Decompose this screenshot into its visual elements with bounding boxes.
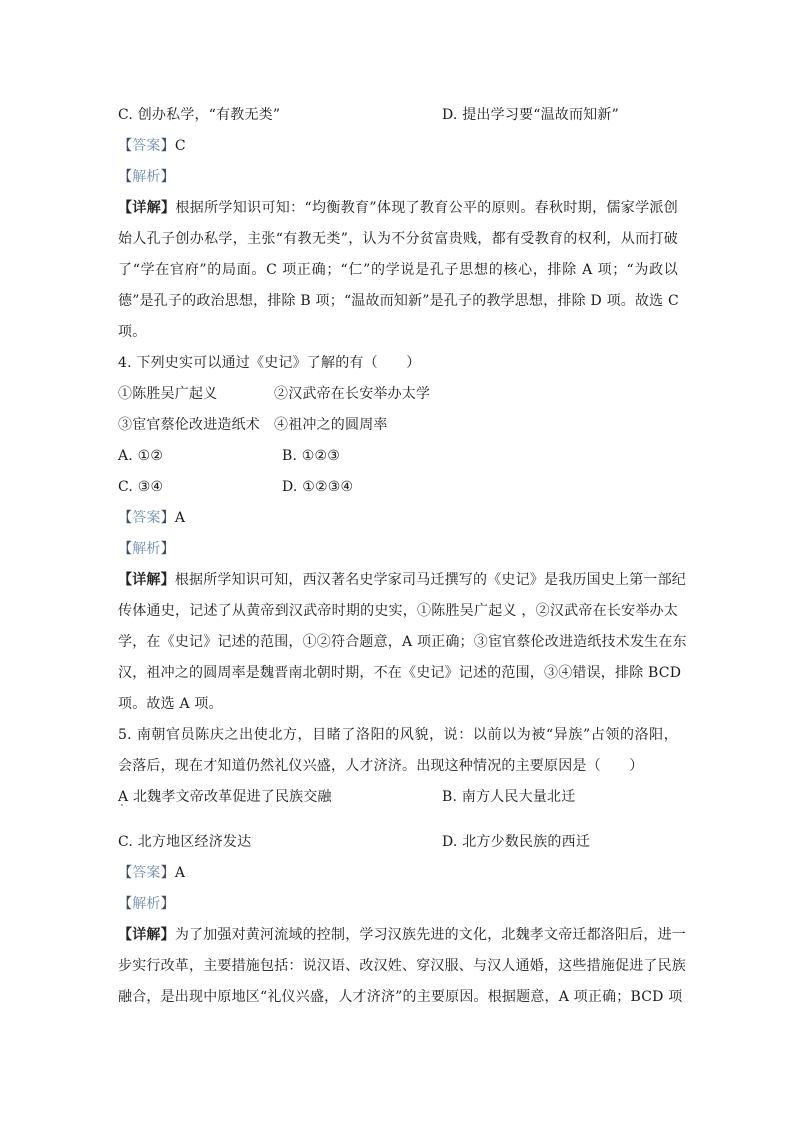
q5-options-row: C. 北方地区经济发达 D. 北方少数民族的西迁 xyxy=(118,827,678,858)
q4-option-d: D. ①②③④ xyxy=(282,472,353,503)
q4-options-row: C. ③④ D. ①②③④ xyxy=(118,472,678,503)
bracket-right-icon: 】 xyxy=(161,510,175,526)
q3-option-d: D. 提出学习要“温故而知新” xyxy=(442,100,619,131)
q5-detail-line: 【详解】为了加强对黄河流域的控制，学习汉族先进的文化，北魏孝文帝迁都洛阳后，进一 xyxy=(118,920,678,951)
q5-stem-line: 会落后，现在才知道仍然礼仪兴盛，人才济济。出现这种情况的主要原因是（ ） xyxy=(118,751,678,782)
q5-option-b: B. 南方人民大量北迁 xyxy=(442,782,575,813)
q4-option-c: C. ③④ xyxy=(118,472,163,503)
bracket-left-icon: 【 xyxy=(118,541,132,557)
bracket-left-icon: 【 xyxy=(118,510,132,526)
q5-option-c: C. 北方地区经济发达 xyxy=(118,827,251,858)
q3-detail-line: 项。 xyxy=(118,317,678,348)
q4-items-row: ①陈胜吴广起义 ②汉武帝在长安举办太学 xyxy=(118,379,678,410)
bracket-right-icon: 】 xyxy=(161,541,175,557)
analysis-label: 解析 xyxy=(132,541,160,557)
q5-stem-line: 5. 南朝官员陈庆之出使北方，目睹了洛阳的风貌，说：以前以为被“异族”占领的洛阳… xyxy=(118,720,678,751)
q5-option-d: D. 北方少数民族的西迁 xyxy=(442,827,590,858)
q5-option-a: A 北魏孝文帝改革促进了民族交融 xyxy=(118,782,332,813)
bracket-left-icon: 【 xyxy=(118,865,132,881)
q4-detail-line: 【详解】根据所学知识可知，西汉著名史学家司马迁撰写的《史记》是我历国史上第一部纪 xyxy=(118,565,678,596)
q3-detail-line: 了“学在官府”的局面。C 项正确；“仁”的学说是孔子思想的核心，排除 A 项；“… xyxy=(118,255,678,286)
bracket-left-icon: 【 xyxy=(118,169,132,185)
answer-value: C xyxy=(175,138,186,154)
q4-item-2: ②汉武帝在长安举办太学 xyxy=(274,379,430,410)
q4-detail-line: 传体通史，记述了从黄帝到汉武帝时期的史实，①陈胜吴广起义 ，②汉武帝在长安举办太 xyxy=(118,596,678,627)
q4-stem: 4. 下列史实可以通过《史记》了解的有（ ） xyxy=(118,348,678,379)
stray-dot-mark xyxy=(121,804,123,806)
q4-option-a: A. ①② xyxy=(118,441,163,472)
q4-options-row: A. ①② B. ①②③ xyxy=(118,441,678,472)
q5-answer: 【答案】A xyxy=(118,858,678,889)
bracket-left-icon: 【 xyxy=(118,138,132,154)
answer-label: 答案 xyxy=(132,865,160,881)
q4-detail-line: 汉，祖冲之的圆周率是魏晋南北朝时期，不在《史记》记述的范围，③④错误，排除 BC… xyxy=(118,658,678,689)
bracket-right-icon: 】 xyxy=(161,865,175,881)
answer-value: A xyxy=(175,510,185,526)
analysis-label: 解析 xyxy=(132,169,160,185)
q3-option-c: C. 创办私学，“有教无类” xyxy=(118,100,280,131)
q4-item-4: ④祖冲之的圆周率 xyxy=(274,410,388,441)
answer-label: 答案 xyxy=(132,510,160,526)
analysis-label: 解析 xyxy=(132,896,160,912)
q3-detail-line: 始人孔子创办私学，主张“有教无类”，认为不分贫富贵贱，都有受教育的权利，从而打破 xyxy=(118,224,678,255)
q4-answer: 【答案】A xyxy=(118,503,678,534)
q4-option-b: B. ①②③ xyxy=(282,441,340,472)
bracket-right-icon: 】 xyxy=(161,169,175,185)
q4-detail-line: 项。故选 A 项。 xyxy=(118,689,678,720)
q4-items-row: ③宦官蔡伦改进造纸术 ④祖冲之的圆周率 xyxy=(118,410,678,441)
q5-detail-line: 融合，是出现中原地区“礼仪兴盛，人才济济”的主要原因。根据题意，A 项正确；BC… xyxy=(118,982,678,1013)
q4-analysis-heading: 【解析】 xyxy=(118,534,678,565)
q3-analysis-heading: 【解析】 xyxy=(118,162,678,193)
q4-item-3: ③宦官蔡伦改进造纸术 xyxy=(118,410,260,441)
bracket-right-icon: 】 xyxy=(161,138,175,154)
q3-detail-line: 德”是孔子的政治思想，排除 B 项；“温故而知新”是孔子的教学思想，排除 D 项… xyxy=(118,286,678,317)
q4-detail-line: 学，在《史记》记述的范围，①②符合题意，A 项正确；③宦官蔡伦改进造纸技术发生在… xyxy=(118,627,678,658)
q3-options-row: C. 创办私学，“有教无类” D. 提出学习要“温故而知新” xyxy=(118,100,678,131)
document-page: C. 创办私学，“有教无类” D. 提出学习要“温故而知新” 【答案】C 【解析… xyxy=(118,100,678,1013)
q3-answer: 【答案】C xyxy=(118,131,678,162)
answer-value: A xyxy=(175,865,185,881)
bracket-left-icon: 【 xyxy=(118,896,132,912)
q5-analysis-heading: 【解析】 xyxy=(118,889,678,920)
q3-detail-line: 【详解】根据所学知识可知：“均衡教育”体现了教育公平的原则。春秋时期，儒家学派创 xyxy=(118,193,678,224)
q4-item-1: ①陈胜吴广起义 xyxy=(118,379,217,410)
answer-label: 答案 xyxy=(132,138,160,154)
detail-label: 【详解】 xyxy=(118,927,175,943)
detail-label: 【详解】 xyxy=(118,572,175,588)
bracket-right-icon: 】 xyxy=(161,896,175,912)
q5-options-row: A 北魏孝文帝改革促进了民族交融 B. 南方人民大量北迁 xyxy=(118,782,678,813)
q5-detail-line: 步实行改革，主要措施包括：说汉语、改汉姓、穿汉服、与汉人通婚，这些措施促进了民族 xyxy=(118,951,678,982)
detail-label: 【详解】 xyxy=(118,200,175,216)
